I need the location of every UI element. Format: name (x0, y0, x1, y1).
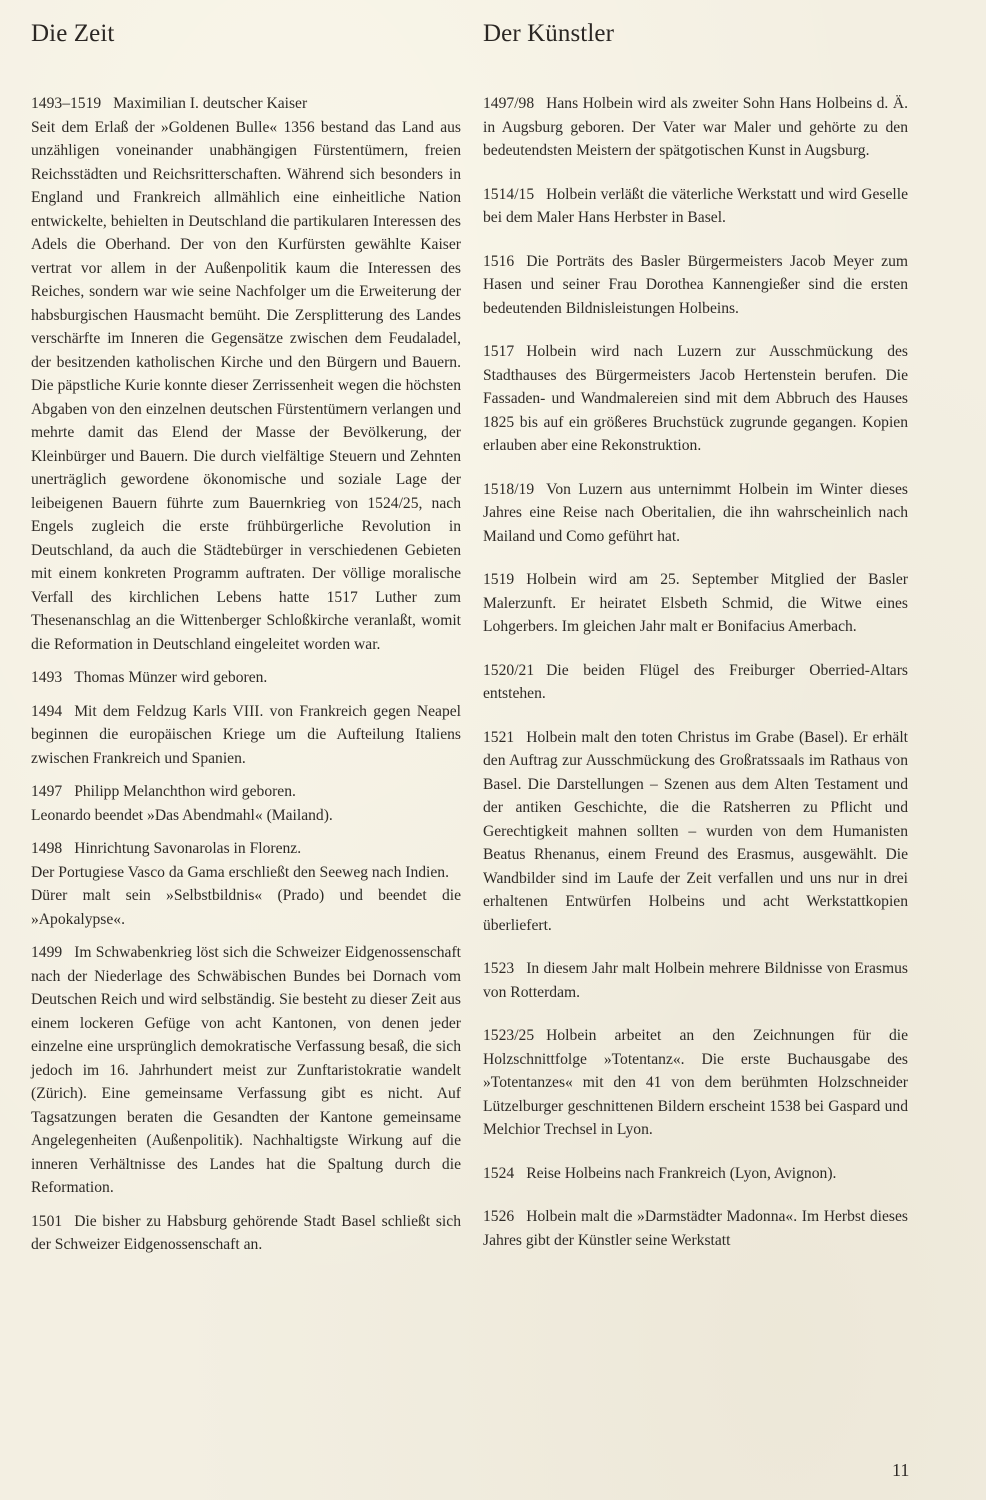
entry-year: 1498 (31, 840, 62, 857)
column-heading: Der Künstler (483, 20, 614, 48)
entry-year: 1501 (31, 1213, 62, 1230)
entry-text: Holbein arbeitet an den Zeichnungen für … (483, 1027, 908, 1138)
entry-text: Von Luzern aus unternimmt Holbein im Win… (483, 481, 908, 545)
timeline-entry: 1526Holbein malt die »Darmstädter Madonn… (483, 1205, 908, 1252)
entry-title: Maximilian I. deutscher Kaiser (113, 95, 307, 112)
entry-text: Die Porträts des Basler Bürgermeisters J… (483, 253, 908, 317)
entry-year: 1524 (483, 1165, 514, 1182)
entry-text: Mit dem Feldzug Karls VIII. von Frankrei… (31, 703, 461, 767)
entry-year: 1518/19 (483, 481, 534, 498)
entry-text: Reise Holbeins nach Frankreich (Lyon, Av… (526, 1165, 836, 1182)
entry-text: Philipp Melanchthon wird geboren. (74, 783, 296, 800)
entry-text: Holbein malt den toten Christus im Grabe… (483, 729, 908, 934)
timeline-entry: 1493–1519Maximilian I. deutscher Kaiser … (31, 92, 461, 656)
timeline-entry: 1519Holbein wird am 25. September Mitgli… (483, 568, 908, 639)
column-heading: Die Zeit (31, 20, 114, 48)
entry-text: Im Schwabenkrieg löst sich die Schweizer… (31, 944, 461, 1196)
timeline-entry: 1520/21Die beiden Flügel des Freiburger … (483, 659, 908, 706)
timeline-entry: 1517Holbein wird nach Luzern zur Ausschm… (483, 340, 908, 458)
timeline-entry: 1523In diesem Jahr malt Holbein mehrere … (483, 957, 908, 1004)
entry-year: 1493–1519 (31, 95, 101, 112)
entry-year: 1497/98 (483, 95, 534, 112)
timeline-entry: 1523/25Holbein arbeitet an den Zeichnung… (483, 1024, 908, 1142)
timeline-entry: 1501Die bisher zu Habsburg gehörende Sta… (31, 1210, 461, 1257)
timeline-entry: 1499Im Schwabenkrieg löst sich die Schwe… (31, 941, 461, 1200)
book-page: Die Zeit 1493–1519Maximilian I. deutsche… (0, 0, 986, 1500)
entry-year: 1499 (31, 944, 62, 961)
entry-year: 1497 (31, 783, 62, 800)
entry-year: 1520/21 (483, 662, 534, 679)
timeline-entry: 1518/19Von Luzern aus unternimmt Holbein… (483, 478, 908, 549)
entry-text: Hans Holbein wird als zweiter Sohn Hans … (483, 95, 908, 159)
entry-year: 1517 (483, 343, 514, 360)
timeline-entry: 1498Hinrichtung Savonarolas in Florenz. … (31, 837, 461, 931)
entry-year: 1514/15 (483, 186, 534, 203)
timeline-entry: 1524Reise Holbeins nach Frankreich (Lyon… (483, 1162, 908, 1186)
page-number: 11 (892, 1460, 909, 1481)
timeline-entries: 1497/98Hans Holbein wird als zweiter Soh… (483, 92, 908, 1272)
entry-year: 1516 (483, 253, 514, 270)
entry-year: 1519 (483, 571, 514, 588)
entry-text: Thomas Münzer wird geboren. (74, 669, 267, 686)
timeline-entry: 1514/15Holbein verläßt die väterliche We… (483, 183, 908, 230)
timeline-entry: 1493Thomas Münzer wird geboren. (31, 666, 461, 690)
entry-text: In diesem Jahr malt Holbein mehrere Bild… (483, 960, 908, 1001)
entry-year: 1523/25 (483, 1027, 534, 1044)
entry-text: Holbein verläßt die väterliche Werkstatt… (483, 186, 908, 227)
timeline-entry: 1516Die Porträts des Basler Bürgermeiste… (483, 250, 908, 321)
entry-text: Seit dem Erlaß der »Goldenen Bulle« 1356… (31, 116, 461, 657)
entry-year: 1494 (31, 703, 62, 720)
entry-text: Dürer malt sein »Selbstbildnis« (Prado) … (31, 884, 461, 931)
timeline-entries: 1493–1519Maximilian I. deutscher Kaiser … (31, 92, 461, 1267)
timeline-entry: 1521Holbein malt den toten Christus im G… (483, 726, 908, 938)
timeline-entry: 1497Philipp Melanchthon wird geboren. Le… (31, 780, 461, 827)
entry-text: Leonardo beendet »Das Abendmahl« (Mailan… (31, 804, 461, 828)
entry-text: Hinrichtung Savonarolas in Florenz. (74, 840, 301, 857)
entry-text: Die beiden Flügel des Freiburger Oberrie… (483, 662, 908, 703)
entry-year: 1521 (483, 729, 514, 746)
entry-text: Holbein malt die »Darmstädter Madonna«. … (483, 1208, 908, 1249)
entry-text: Holbein wird am 25. September Mitglied d… (483, 571, 908, 635)
entry-text: Die bisher zu Habsburg gehörende Stadt B… (31, 1213, 461, 1254)
entry-text: Holbein wird nach Luzern zur Ausschmücku… (483, 343, 908, 454)
timeline-entry: 1497/98Hans Holbein wird als zweiter Soh… (483, 92, 908, 163)
timeline-entry: 1494Mit dem Feldzug Karls VIII. von Fran… (31, 700, 461, 771)
entry-year: 1493 (31, 669, 62, 686)
entry-year: 1526 (483, 1208, 514, 1225)
entry-text: Der Portugiese Vasco da Gama erschließt … (31, 861, 461, 885)
entry-year: 1523 (483, 960, 514, 977)
